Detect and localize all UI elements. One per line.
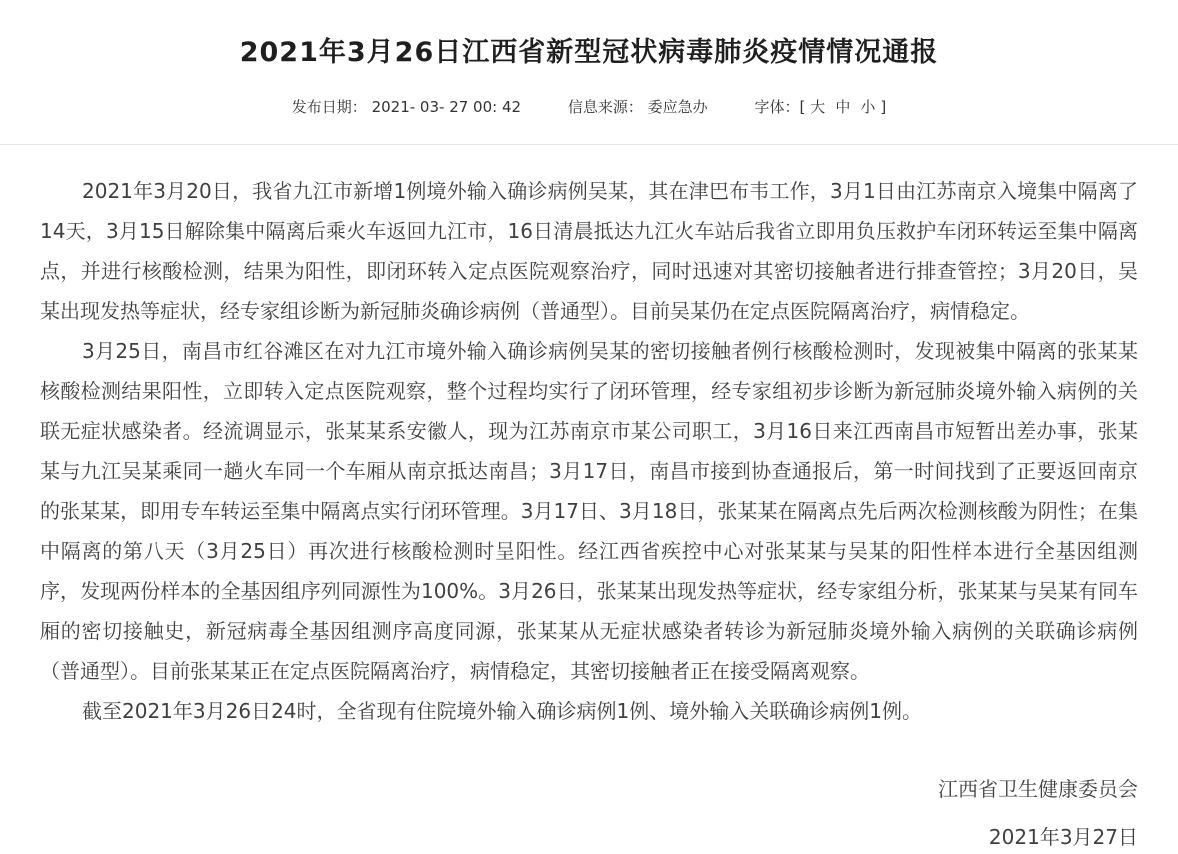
- font-option[interactable]: 小: [860, 96, 875, 117]
- announcement-page: 2021年3月26日江西省新型冠状病毒肺炎疫情情况通报 发布日期： 2021- …: [0, 0, 1178, 854]
- article-body: 2021年3月20日，我省九江市新增1例境外输入确诊病例吴某，其在津巴布韦工作，…: [40, 171, 1138, 731]
- font-size-switcher: 字体：[大中小]: [754, 96, 886, 117]
- font-switcher-label-close: ]: [880, 98, 886, 116]
- body-paragraph: 截至2021年3月26日24时，全省现有住院境外输入确诊病例1例、境外输入关联确…: [40, 691, 1138, 731]
- publish-date-label: 发布日期：: [292, 98, 367, 116]
- font-option-list: 大中小: [805, 98, 880, 116]
- header-divider: [0, 144, 1178, 145]
- body-paragraph: 3月25日，南昌市红谷滩区在对九江市境外输入确诊病例吴某的密切接触者例行核酸检测…: [40, 331, 1138, 691]
- font-option[interactable]: 大: [810, 96, 825, 117]
- font-option[interactable]: 中: [835, 96, 850, 117]
- publish-date-value: 2021- 03- 27 00: 42: [372, 98, 521, 116]
- signature-block: 江西省卫生健康委员会 2021年3月27日: [0, 765, 1138, 854]
- signature-org: 江西省卫生健康委员会: [0, 765, 1138, 813]
- info-source-label: 信息来源：: [568, 98, 643, 116]
- publish-date: 发布日期： 2021- 03- 27 00: 42: [292, 96, 521, 117]
- body-paragraph: 2021年3月20日，我省九江市新增1例境外输入确诊病例吴某，其在津巴布韦工作，…: [40, 171, 1138, 331]
- page-title: 2021年3月26日江西省新型冠状病毒肺炎疫情情况通报: [0, 0, 1178, 69]
- signature-date: 2021年3月27日: [0, 813, 1138, 854]
- info-source: 信息来源： 委应急办: [568, 96, 708, 117]
- info-source-value: 委应急办: [648, 98, 708, 116]
- meta-line: 发布日期： 2021- 03- 27 00: 42 信息来源： 委应急办 字体：…: [0, 96, 1178, 117]
- font-switcher-label: 字体：[: [754, 98, 805, 116]
